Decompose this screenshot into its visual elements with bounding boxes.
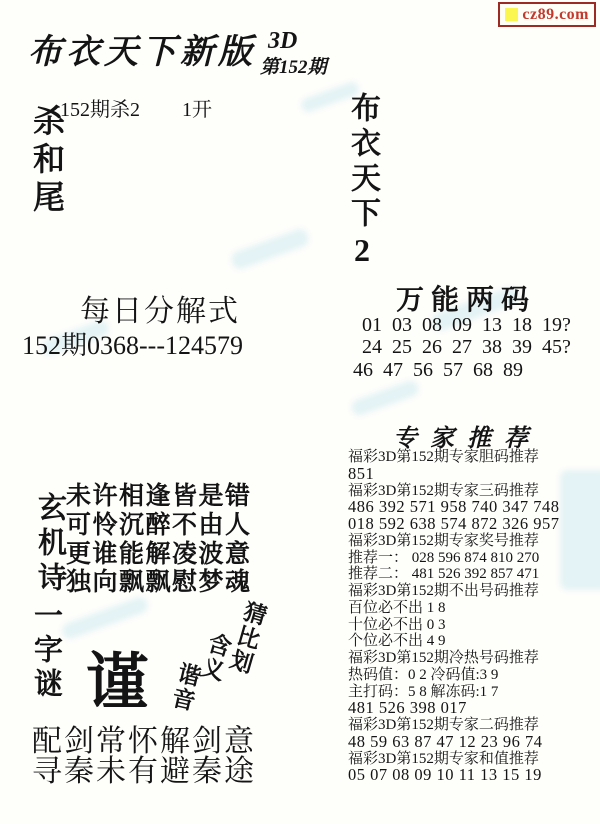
expert-line: 推荐一： 028 596 874 810 270: [348, 550, 600, 567]
riddle-label: 一字谜: [26, 600, 67, 702]
couplet: 配剑常怀解剑意 寻秦未有避秦途: [32, 727, 256, 787]
expert-line: 福彩3D第152期专家胆码推荐: [348, 449, 600, 466]
badge-site-text: cz89.com: [522, 6, 589, 24]
expert-line: 福彩3D第152期冷热号码推荐: [348, 650, 600, 667]
expert-numbers: 05 07 08 09 10 11 13 15 19: [348, 767, 600, 784]
lottery-sheet: cz89.com 布衣天下新版 3D 第152期 152期杀21开 杀和尾 布衣…: [0, 0, 600, 824]
couplet-line: 寻秦未有避秦途: [32, 757, 256, 787]
expert-line: 福彩3D第152期专家奖号推荐: [348, 533, 600, 550]
wanneng-row: 24 25 26 27 38 39 45?: [362, 336, 571, 358]
watermark-blob: [229, 227, 310, 271]
expert-line: 个位必不出 4 9: [348, 633, 600, 650]
kill-line-text: 152期杀2: [60, 99, 140, 121]
page-title: 布衣天下新版: [28, 24, 256, 73]
mystery-poem: 未许相逢皆是错 可怜沉醉不由人 更谁能解凌波意 独向飘飘慰梦魂: [66, 483, 252, 598]
expert-numbers: 018 592 638 574 872 326 957: [348, 516, 600, 533]
daily-title: 每日分解式: [80, 286, 240, 330]
wanneng-row: 01 03 08 09 13 18 19?: [362, 314, 571, 336]
kill-vertical-label: 杀和尾: [24, 104, 70, 218]
poem-line: 更谁能解凌波意: [66, 541, 252, 570]
kill-open-text: 1开: [182, 99, 212, 121]
expert-line: 福彩3D第152期不出号码推荐: [348, 583, 600, 600]
expert-line: 热码值：0 2 冷码值:3 9: [348, 667, 600, 684]
expert-line: 百位必不出 1 8: [348, 600, 600, 617]
poem-line: 独向飘飘慰梦魂: [66, 569, 252, 598]
expert-numbers: 48 59 63 87 47 12 23 96 74: [348, 734, 600, 751]
wanneng-row: 46 47 56 57 68 89: [353, 359, 571, 381]
wanneng-rows: 01 03 08 09 13 18 19? 24 25 26 27 38 39 …: [353, 314, 571, 381]
riddle-answer-character: 谨: [86, 632, 148, 721]
riddle-hint-homophone: 谐音: [163, 659, 206, 715]
mystery-poem-label: 玄机诗: [30, 492, 71, 597]
watermark-blob: [349, 379, 420, 418]
edition-label: 3D: [268, 28, 297, 55]
expert-title: 专家推荐: [336, 418, 598, 453]
expert-numbers: 851: [348, 466, 600, 483]
couplet-line: 配剑常怀解剑意: [32, 727, 256, 757]
wanneng-title: 万能两码: [336, 278, 596, 318]
issue-label: 第152期: [260, 52, 327, 79]
daily-formula: 152期0368---124579: [22, 325, 243, 362]
kill-line: 152期杀21开: [60, 93, 212, 122]
expert-line: 十位必不出 0 3: [348, 617, 600, 634]
badge-square-icon: [505, 8, 518, 21]
banner-number: 2: [344, 232, 380, 273]
banner-title: 布衣天下: [346, 92, 379, 232]
right-banner: 布衣天下2: [340, 92, 384, 273]
poem-line: 未许相逢皆是错: [66, 483, 252, 512]
poem-line: 可怜沉醉不由人: [66, 512, 252, 541]
site-badge[interactable]: cz89.com: [498, 2, 596, 27]
expert-line: 推荐二： 481 526 392 857 471: [348, 566, 600, 583]
expert-lines: 福彩3D第152期专家胆码推荐 851 福彩3D第152期专家三码推荐 486 …: [348, 449, 600, 784]
expert-numbers: 481 526 398 017: [348, 700, 600, 717]
